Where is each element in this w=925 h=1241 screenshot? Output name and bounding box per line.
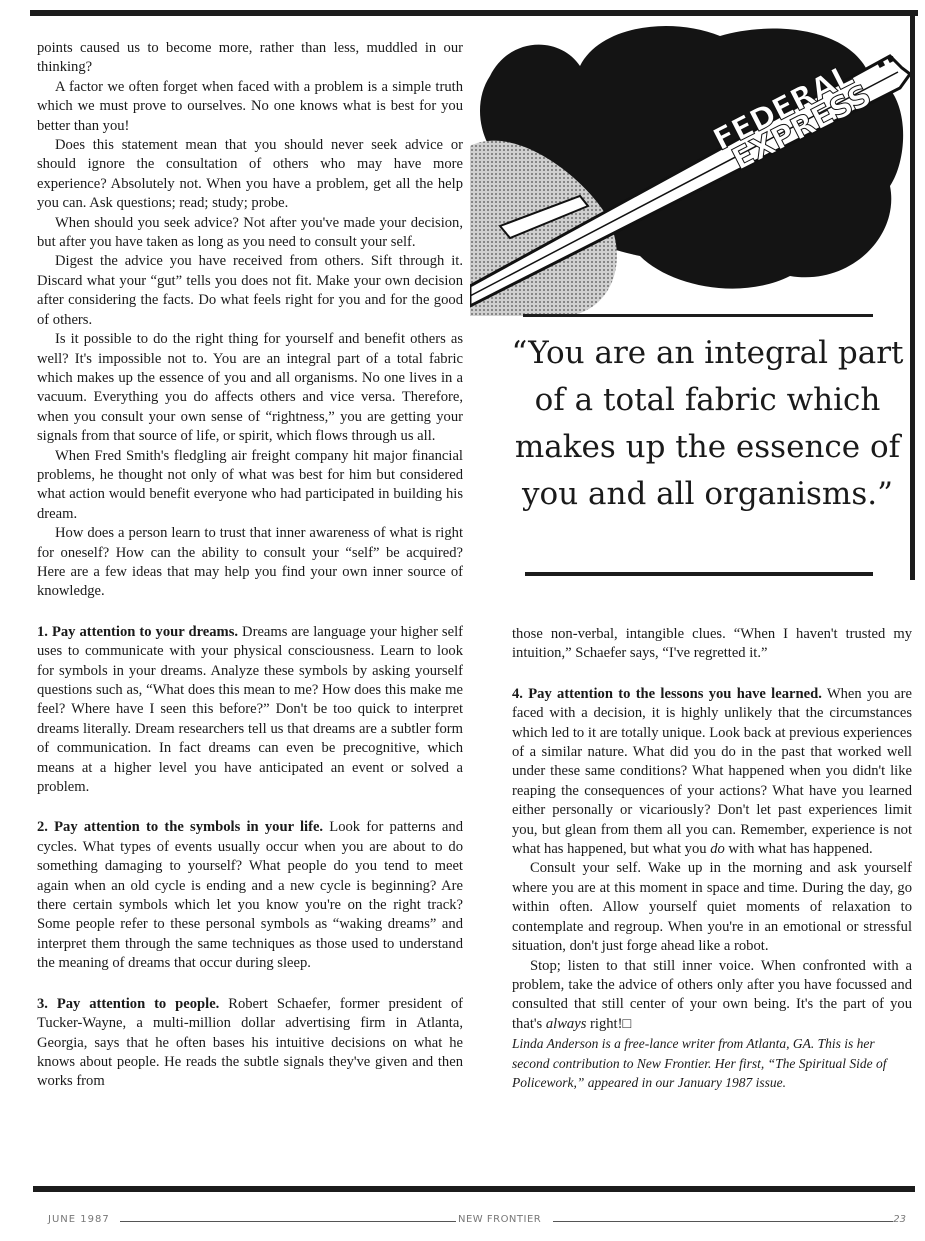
section-lessons: 4. Pay attention to the lessons you have… [512,685,912,860]
footer-date: JUNE 1987 [48,1214,110,1225]
section-dreams: 1. Pay attention to your dreams. Dreams … [37,623,463,798]
emphasis: do [710,841,725,857]
section-heading: 1. Pay attention to your dreams. [37,624,238,640]
paragraph: Does this statement mean that you should… [37,136,463,214]
section-symbols: 2. Pay attention to the symbols in your … [37,818,463,973]
pull-quote: “You are an integral part of a total fab… [510,330,905,518]
paragraph: A factor we often forget when faced with… [37,78,463,136]
author-bio: Linda Anderson is a free-lance writer fr… [512,1034,912,1092]
paragraph: How does a person learn to trust that in… [37,524,463,602]
closing-paragraph: Stop; listen to that still inner voice. … [512,957,912,1035]
footer-magazine-name: NEW FRONTIER [458,1214,541,1225]
right-column: those non-verbal, intangible clues. “Whe… [512,625,912,1092]
section-heading: 3. Pay attention to people. [37,996,219,1012]
bottom-rule [33,1186,915,1192]
paragraph: points caused us to become more, rather … [37,39,463,78]
federal-express-airplane-illustration: FEDERAL EXPRESS [470,16,910,316]
section-tail: with what has happened. [725,841,873,857]
paragraph-continuation: those non-verbal, intangible clues. “Whe… [512,625,912,664]
paragraph: Is it possible to do the right thing for… [37,330,463,446]
end-mark-icon: □ [622,1016,631,1032]
paragraph: When should you seek advice? Not after y… [37,214,463,253]
paragraph: Digest the advice you have received from… [37,252,463,330]
left-column: points caused us to become more, rather … [37,39,463,1092]
paragraph: When Fred Smith's fledgling air freight … [37,447,463,525]
illustration-frame-right [910,10,915,580]
section-body: Look for patterns and cycles. What types… [37,819,463,971]
footer-page-number: 23 [893,1214,906,1225]
section-heading: 4. Pay attention to the lessons you have… [512,686,822,702]
pull-quote-top-rule [523,314,873,317]
section-body: Dreams are language your higher self use… [37,624,463,795]
section-heading: 2. Pay attention to the symbols in your … [37,819,323,835]
footer-rule-right [553,1221,893,1222]
section-body: When you are faced with a decision, it i… [512,686,912,857]
paragraph: Consult your self. Wake up in the mornin… [512,859,912,956]
section-people: 3. Pay attention to people. Robert Schae… [37,995,463,1092]
closing-text-end: right! [586,1016,622,1032]
airplane-clouds-graphic: FEDERAL EXPRESS [470,16,910,316]
emphasis: always [546,1016,587,1032]
pull-quote-rule [525,572,873,576]
page-footer: JUNE 1987 NEW FRONTIER 23 [48,1214,906,1230]
footer-rule-left [120,1221,456,1222]
